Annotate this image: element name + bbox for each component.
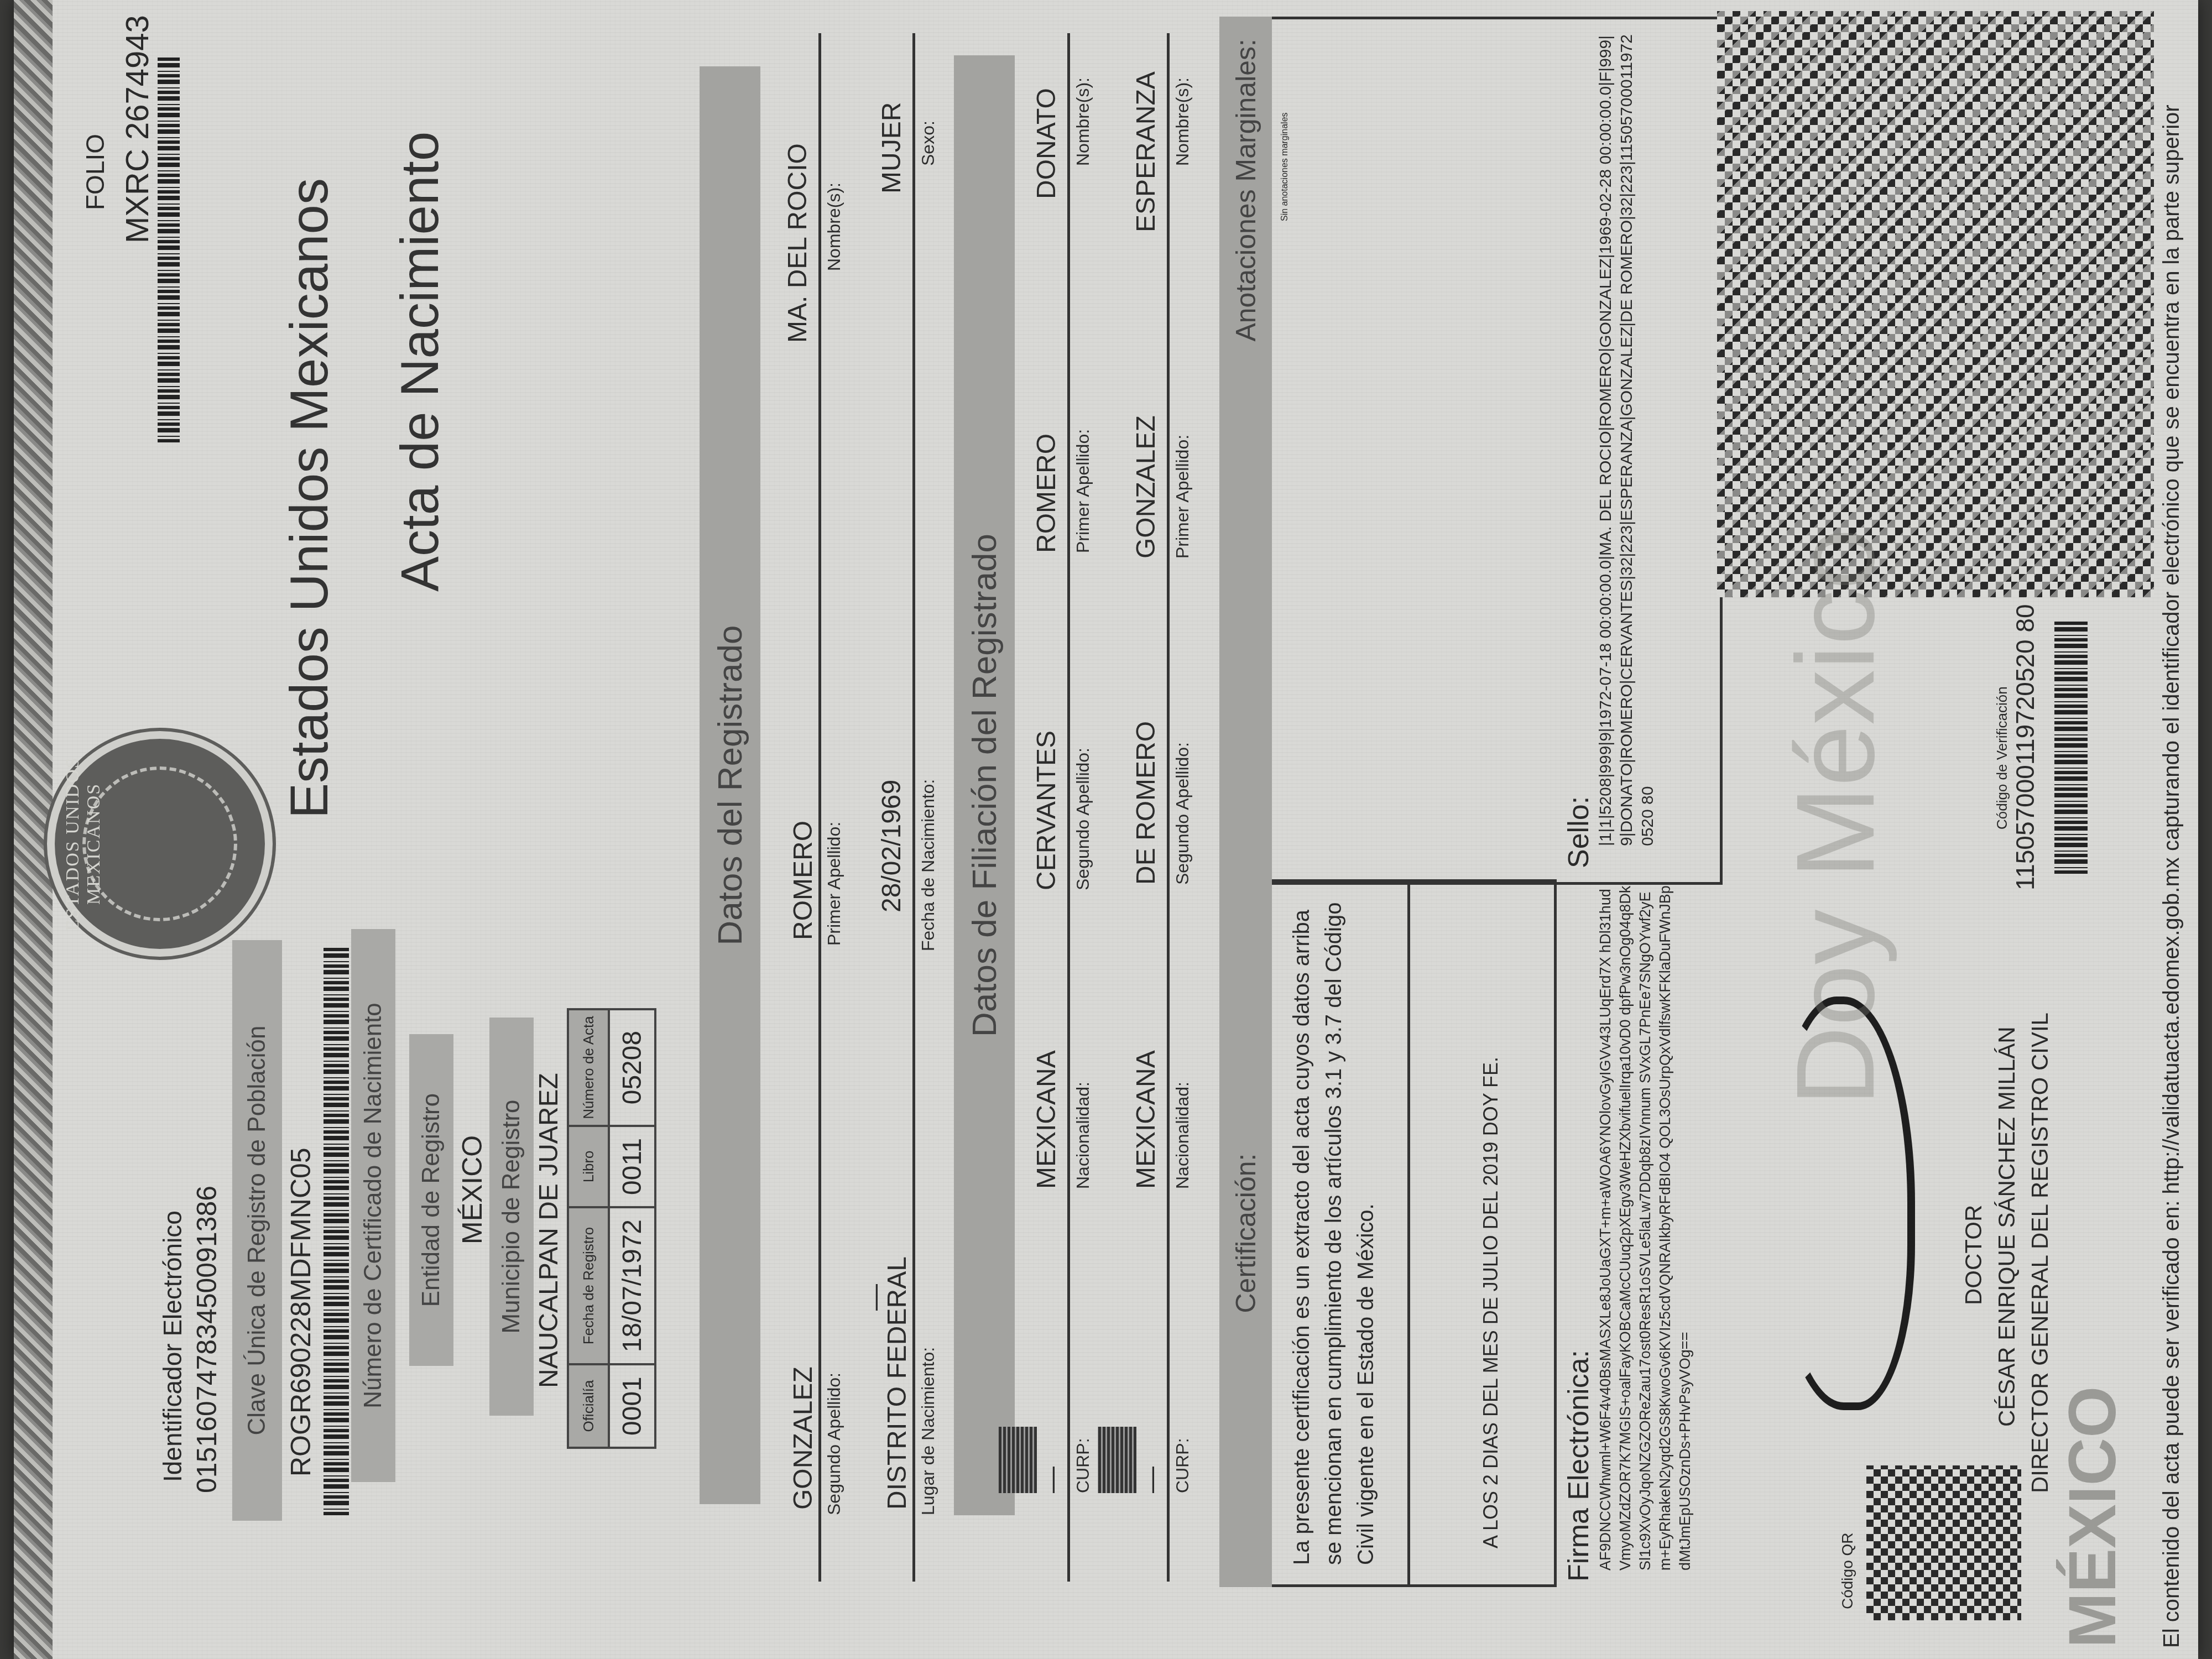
folio-value: MXRC 2674943 — [119, 15, 156, 243]
electronic-id-value: 01516074783450091386 — [191, 1186, 223, 1493]
qr-code-label: Código QR — [1839, 1532, 1856, 1609]
country-title: Estados Unidos Mexicanos — [279, 178, 340, 818]
registrant-sex-label: Sexo: — [918, 121, 938, 166]
registry-table: Oficialía Fecha de Registro Libro Número… — [567, 1008, 656, 1449]
registrant-first-surname-label: Primer Apellido: — [824, 822, 844, 946]
divider — [1067, 33, 1070, 1582]
fecha-registro-value: 18/07/1972 — [609, 1207, 655, 1364]
verification-barcode-icon — [2054, 619, 2088, 874]
registrant-second-surname-label: Segundo Apellido: — [824, 1373, 844, 1515]
parent-1-curp-barcode-icon — [998, 1427, 1037, 1493]
parent-1-first-surname: ROMERO — [1031, 434, 1062, 553]
header-fecha-registro: Fecha de Registro — [568, 1207, 609, 1364]
parent-2-name: ESPERANZA — [1131, 71, 1161, 232]
electronic-signature-text: AF9DNCCWhwml+W6F4v40BsMASXLe8JoUaGXT+m+a… — [1595, 885, 1695, 1571]
numero-acta-value: 05208 — [609, 1009, 655, 1125]
birth-certificate-document: ESTADOS UNIDOS MEXICANOS FOLIO MXRC 2674… — [14, 0, 2198, 1659]
annotations-text: Sin anotaciones marginales — [1280, 112, 1290, 221]
divider — [818, 33, 821, 1582]
parent-2-curp-barcode-icon — [1098, 1427, 1136, 1493]
seal-label: Sello: — [1562, 796, 1595, 868]
watermark-text: Doy México — [1772, 528, 1900, 1106]
eagle-emblem-icon — [82, 766, 237, 921]
seal-text: ESTADOS UNIDOS MEXICANOS — [62, 739, 105, 949]
certification-title: Certificación: — [1219, 879, 1272, 1587]
parent-2-nationality-label: Nacionalidad: — [1172, 1082, 1193, 1189]
folio-label: FOLIO — [80, 134, 110, 210]
entity-label: Entidad de Registro — [409, 1034, 453, 1366]
annotations-title: Anotaciones Marginales: — [1219, 17, 1272, 885]
parent-1-nationality-label: Nacionalidad: — [1073, 1082, 1093, 1189]
seal-text: |1|1|5208|999|9|1972-07-18 00:00:00.0|MA… — [1595, 28, 1658, 846]
header-numero-acta: Número de Acta — [568, 1009, 609, 1125]
entity-value: MÉXICO — [456, 1135, 488, 1244]
parent-2-second-surname-label: Segundo Apellido: — [1172, 742, 1193, 885]
registrant-section-title: Datos del Registrado — [700, 66, 760, 1504]
cert-number-label: Número de Certificado de Nacimiento — [351, 929, 395, 1482]
parent-1-second-surname: CERVANTES — [1031, 731, 1062, 890]
oficialia-value: 0001 — [609, 1364, 655, 1448]
document-title: Acta de Nacimiento — [390, 132, 451, 592]
folio-barcode-icon — [158, 55, 180, 442]
header-oficialia: Oficialía — [568, 1364, 609, 1448]
parent-2-nationality: MEXICANA — [1131, 1050, 1161, 1189]
parent-2-name-label: Nombre(s): — [1172, 77, 1193, 166]
electronic-id-label: Identificador Electrónico — [158, 1211, 187, 1482]
national-seal-icon: ESTADOS UNIDOS MEXICANOS — [47, 731, 273, 957]
registrant-birth-place: DISTRITO FEDERAL — [882, 1256, 912, 1510]
parent-2-first-surname: GONZALEZ — [1131, 415, 1161, 559]
parent-1-name-label: Nombre(s): — [1073, 77, 1093, 166]
parent-2-curp-blank: — — [1136, 1467, 1167, 1493]
curp-barcode-icon — [324, 946, 349, 1515]
verification-code-label: Código de Verificación — [1994, 686, 2011, 830]
parent-2-first-surname-label: Primer Apellido: — [1172, 435, 1193, 559]
verification-url-line: El contenido del acta puede ser verifica… — [2159, 0, 2184, 1648]
municipality-value: NAUCALPAN DE JUAREZ — [534, 1073, 564, 1388]
certification-date: A LOS 2 DIAS DEL MES DE JULIO DEL 2019 D… — [1479, 1057, 1503, 1548]
parent-1-name: DONATO — [1031, 88, 1062, 199]
qr-code-icon — [1866, 1465, 2021, 1620]
registrant-birth-date: 28/02/1969 — [877, 780, 907, 912]
table-row: 0001 18/07/1972 0011 05208 — [609, 1009, 655, 1448]
certification-text: La presente certificación es un extracto… — [1286, 901, 1382, 1565]
parent-1-nationality: MEXICANA — [1031, 1050, 1062, 1189]
registrant-first-surname: ROMERO — [788, 821, 818, 940]
parent-1-curp-blank: — — [1037, 1467, 1067, 1493]
divider — [1407, 879, 1410, 1587]
header-libro: Libro — [568, 1126, 609, 1207]
registrant-birth-date-label: Fecha de Nacimiento: — [918, 779, 938, 951]
divider — [1167, 33, 1170, 1582]
electronic-signature-label: Firma Electrónica: — [1562, 1350, 1595, 1582]
parent-1-second-surname-label: Segundo Apellido: — [1073, 748, 1093, 890]
signer-position: DIRECTOR GENERAL DEL REGISTRO CIVIL — [2027, 1013, 2053, 1493]
signer-name: CÉSAR ENRIQUE SÁNCHEZ MILLÁN — [1994, 1027, 2020, 1427]
decorative-border-top — [14, 0, 53, 1659]
curp-label: Clave Única de Registro de Población — [232, 940, 282, 1521]
verification-code-value: 115057000119720520 80 — [2010, 604, 2040, 890]
parent-1-first-surname-label: Primer Apellido: — [1073, 429, 1093, 553]
registrant-name: MA. DEL ROCIO — [782, 143, 813, 343]
curp-value: ROGR690228MDFMNC05 — [285, 1147, 317, 1477]
filiation-section-title: Datos de Filiación del Registrado — [954, 55, 1015, 1515]
registrant-name-label: Nombre(s): — [824, 182, 844, 271]
libro-value: 0011 — [609, 1126, 655, 1207]
parent-2-curp-label: CURP: — [1172, 1438, 1193, 1493]
parent-1-curp-label: CURP: — [1073, 1438, 1093, 1493]
parent-2-second-surname: DE ROMERO — [1131, 721, 1161, 885]
divider — [912, 33, 915, 1582]
registrant-second-surname: GONZALEZ — [788, 1366, 818, 1510]
municipality-label: Municipio de Registro — [489, 1018, 534, 1416]
registrant-sex: MUJER — [877, 102, 907, 194]
registrant-birth-place-label: Lugar de Nacimiento: — [918, 1347, 938, 1515]
data-matrix-code-icon — [1717, 11, 2154, 597]
signer-title: DOCTOR — [1960, 1205, 1987, 1305]
state-logo: MÉXICO — [2054, 1386, 2131, 1648]
